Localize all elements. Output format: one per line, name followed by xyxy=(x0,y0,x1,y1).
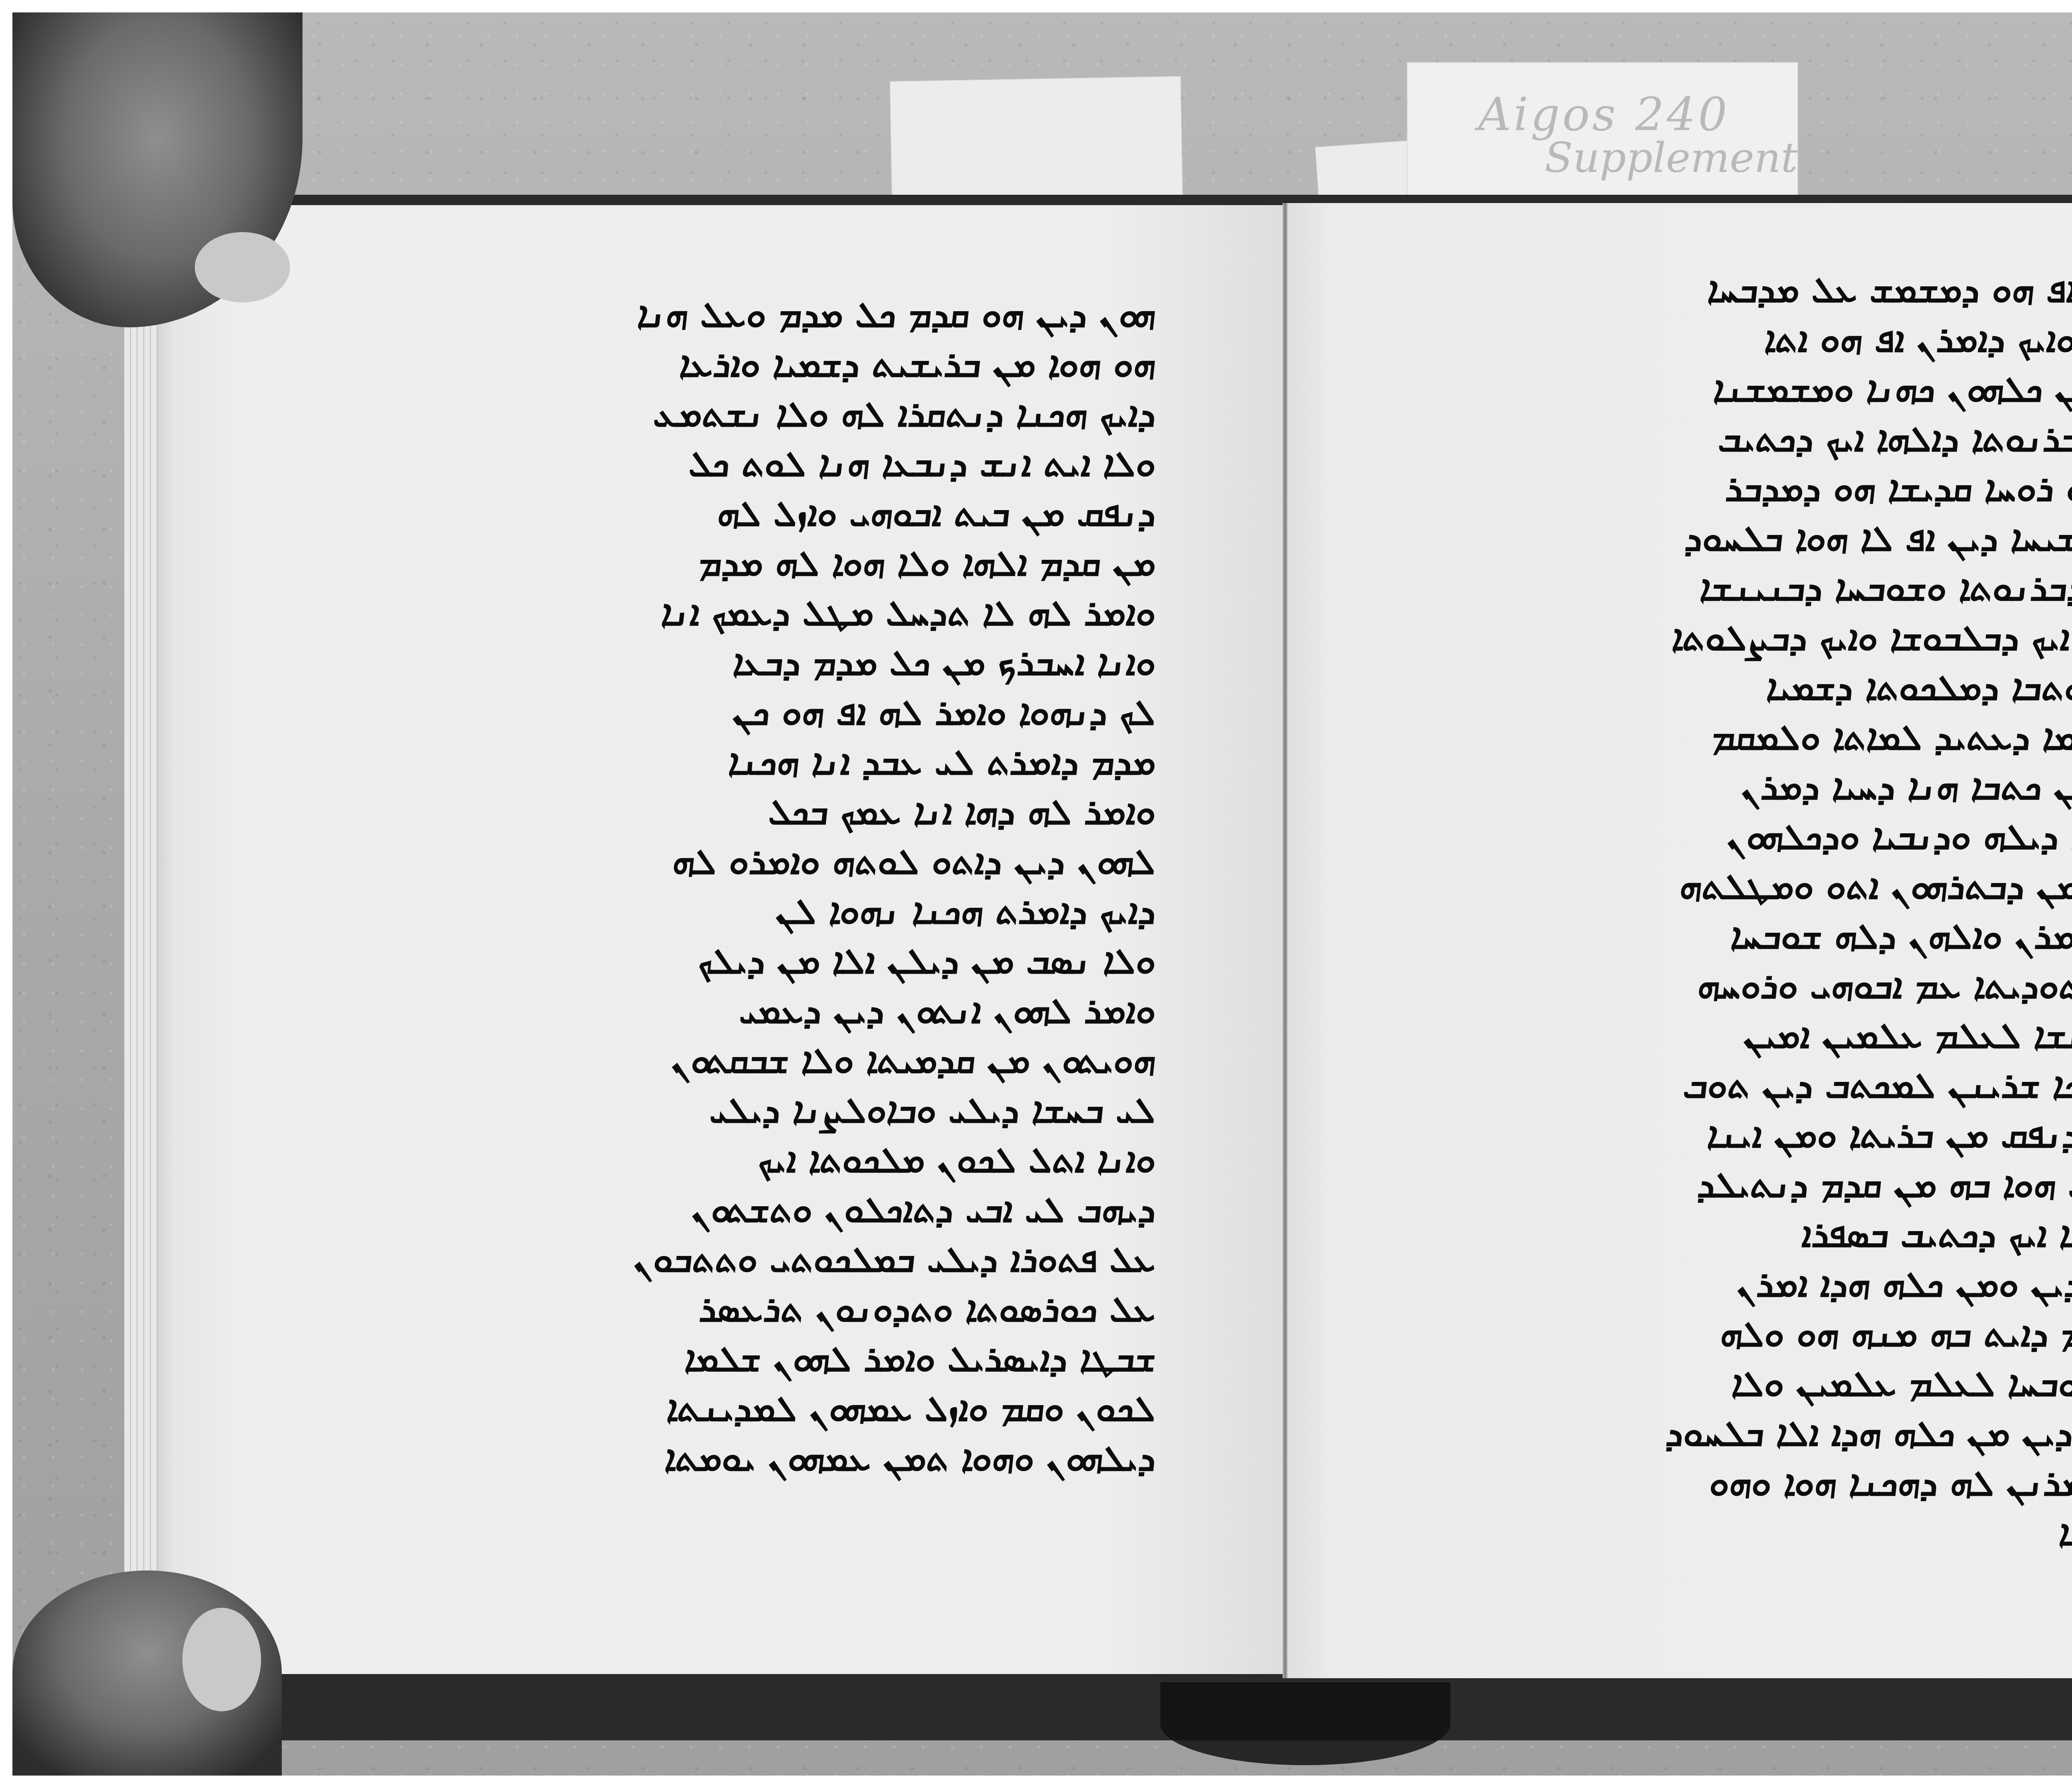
manuscript-line: ܠܗܘܢ ܕܝܢ ܕܐܬܘ ܠܘܬܗ ܘܐܡܪܘ ܠܗ xyxy=(337,837,1159,887)
manuscript-line: ܘܡܢ ܥܠܡܐ ܕܥܬܝܕ ܠܡܐܬܐ ܘܠܡܩܡ xyxy=(1382,713,2072,762)
manuscript-line: ܠܟ ܕܢܗܘܐ ܘܐܡܪ ܠܗ ܐܦ ܗܘ ܟܢ xyxy=(337,688,1159,738)
page-edges-left xyxy=(124,232,162,1653)
manuscript-line: ܠܗ ܕܝܢ ܐܦ ܗܘ ܕܡܫܡܫ ܥܠ ܡܕܒܚܐ xyxy=(1382,265,2072,315)
manuscript-line: ܗܘܝܬܘܢ ܡܢ ܩܕܡܝܬܐ ܘܠܐ ܫܒܩܬܘܢ xyxy=(337,1036,1159,1086)
right-page-text: ܠܗ ܕܝܢ ܐܦ ܗܘ ܕܡܫܡܫ ܥܠ ܡܕܒܚܐܕܩܘܕܫܐ ܘܐܝܟ ܕ… xyxy=(1384,265,2072,1558)
manuscript-line: ܘܐܢܐ ܐܚܒܪܟ ܡܢ ܟܠ ܡܕܡ ܕܒܥܐ xyxy=(337,638,1159,688)
manuscript-line: ܠܟܘܢ ܘܩܡ ܘܐܙܠ ܥܡܗܘܢ ܠܡܕܝܢܬܐ xyxy=(337,1384,1159,1434)
manuscript-line: ܕܩܕܡܝܐ ܕܢܦܩ ܡܢ ܒܪܝܬܐ ܘܡܢ ܐܝܢܐ xyxy=(1382,1111,2072,1160)
manuscript-line: ܩܕܝܫܐ ܘܡܢ ܕܒܬܪܗܘܢ ܐܬܘ ܘܡܛܠܬܗ xyxy=(1382,862,2072,912)
manuscript-line: ܗܘ ܗܘܐ ܡܢ ܒܪܝܫܝܬ ܕܫܡܝܐ ܘܐܪܥܐ xyxy=(337,340,1159,390)
manuscript-line: ܢܫܬܡܥ ܕܝܢ ܡܢ ܟܠܗ ܗܕܐ ܐܠܐ ܒܠܚܘܕ xyxy=(1382,1409,2072,1459)
manuscript-line: ܘܐܡܪ ܠܗ ܠܐ ܬܕܚܠ ܡܛܠ ܕܥܡܟ ܐܢܐ xyxy=(337,588,1159,638)
left-page-text: ܗܘܢ ܕܝܢ ܗܘ ܩܕܡ ܟܠ ܡܕܡ ܘܥܠ ܗܢܐܗܘ ܗܘܐ ܡܢ ܒ… xyxy=(340,290,1156,1483)
manuscript-line: ܕܟܠܗ ܕܝܢ ܟܬܒܐ ܗܢܐ ܕܚܝܐ ܕܡܪܢ xyxy=(1382,762,2072,812)
book-spine xyxy=(1160,1682,1450,1765)
shelfmark-label: Aigos 240 Supplement xyxy=(1407,62,1798,201)
manuscript-line: ܕܝܗܒ ܠܝ ܐܒܝ ܕܬܐܟܠܘܢ ܘܬܫܬܘܢ xyxy=(337,1185,1159,1235)
manuscript-line: ܕܐܝܟ ܕܐܡܪܬ ܗܟܢܐ ܢܗܘܐ ܠܢ xyxy=(337,887,1159,936)
thumbnail-top-left xyxy=(195,232,290,302)
shelfmark-line-2: Supplement xyxy=(1544,133,1798,182)
manuscript-line: ܕܝܠܗ ܡܕܒܪܢܘܬܐ ܘܫܘܒܚܐ ܕܒܢܝܢܫܐ xyxy=(1382,564,2072,613)
manuscript-line: ܕܐܡܝܢ ܫܘܒܚܐ ܠܥܠܡ ܥܠܡܝܢ ܘܠܐ xyxy=(1382,1359,2072,1409)
manuscript-line: ܕܩܘܕܫܐ ܘܐܝܟ ܕܐܡܪܢ ܐܦ ܗܘ ܐܬܐ xyxy=(1382,315,2072,365)
manuscript-line: ܡܕܡ ܕܐܡܪܬ ܠܝ ܥܒܕ ܐܢܐ ܗܟܢܐ xyxy=(337,738,1159,787)
manuscript-line: ܘܠܐ ܢܣܒ ܡܢ ܕܝܠܢ ܐܠܐ ܡܢ ܕܝܠܟ xyxy=(337,936,1159,986)
manuscript-line: ܘܐܡܪ ܠܗܘܢ ܐܢܬܘܢ ܕܝܢ ܕܥܡܝ xyxy=(337,986,1159,1036)
manuscript-line: ܘܠܐ ܐܝܬ ܐܢܫ ܕܢܒܥܐ ܗܢܐ ܠܘܬ ܟܠ xyxy=(337,439,1159,489)
manuscript-line: ܕܐܠܗܐ ܡܫܝܚܐ ܕܝܢ ܐܦ ܠܐ ܗܘܐ ܒܠܚܘܕ xyxy=(1382,514,2072,564)
manuscript-line: ܠܝ ܒܚܫܐ ܕܝܠܝ ܘܒܐܘܠܨܢܐ ܕܝܠܝ xyxy=(337,1086,1159,1135)
manuscript-line: ܕܟܠ ܡܕܡ ܕܐܝܬ ܒܗ ܡܢܗ ܗܘ ܘܠܗ xyxy=(1382,1309,2072,1359)
manuscript-line: ܥܠ ܦܬܘܪܐ ܕܝܠܝ ܒܡܠܟܘܬܝ ܘܬܬܒܘܢ xyxy=(337,1235,1159,1285)
thumbnail-bottom-left xyxy=(182,1608,261,1711)
manuscript-line: ܐܢܬ ܕܝܢ ܐܝܟ ܕܒܠܒܘܫܐ ܘܐܝܟ ܕܒܨܠܘܬܐ xyxy=(1382,613,2072,663)
manuscript-line: ܕܐܝܬܘܗܝ ܗܘܐ ܒܗ ܡܢ ܩܕܡ ܕܢܬܝܠܕ xyxy=(1382,1160,2072,1210)
manuscript-line: ܡܛܠ ܕܐܡܪܢܢ ܠܗ ܕܗܟܢܐ ܗܘܐ ܘܗܘ xyxy=(1382,1459,2072,1508)
shelfmark-line-1: Aigos 240 xyxy=(1478,88,1730,141)
manuscript-line: ܡܫܬܡܠܝܐ xyxy=(1382,1508,2072,1558)
manuscript-line: ܘܡܢ ܡܕܒܪܢܘܬܐ ܕܐܠܗܐ ܐܝܟ ܕܟܬܝܒ xyxy=(1382,414,2072,464)
manuscript-line: ܘܐܢܐ ܐܬܠ ܠܟܘܢ ܡܠܟܘܬܐ ܐܝܟ xyxy=(337,1135,1159,1185)
manuscript-line: ܘܡܢ ܗܪܟܐ ܫܪܝܢܢ ܠܡܟܬܒ ܕܝܢ ܬܘܒ xyxy=(1382,1061,2072,1111)
manuscript-line: ܥܠ ܟܘܪܣܘܬܐ ܘܬܕܘܢܘܢ ܬܪܥܣܪ xyxy=(337,1285,1159,1334)
manuscript-line: ܕܢܦܩ ܡܢ ܒܝܬ ܐܒܘܗܝ ܘܐܙܠ ܠܗ xyxy=(337,489,1159,539)
book-gutter xyxy=(1283,203,1288,1678)
manuscript-line: ܕܝܠܗ ܗܘ ܪܘܚܐ ܩܕܝܫܐ ܗܘ ܕܡܕܒܪ xyxy=(1382,464,2072,514)
manuscript-line: ܘܕܫܠܝܚܐ ܕܝܠܗ ܘܕܢܒܝܐ ܘܕܟܠܗܘܢ xyxy=(1382,812,2072,862)
manuscript-line: ܗܘܢ ܕܝܢ ܗܘ ܩܕܡ ܟܠ ܡܕܡ ܘܥܠ ܗܢܐ xyxy=(337,290,1159,340)
manuscript-line: ܡܢ ܩܕܡ ܐܠܗܐ ܘܠܐ ܗܘܐ ܠܗ ܡܕܡ xyxy=(337,539,1159,588)
manuscript-line: ܕܩܕܝܫܐ ܕܝܢ ܘܡܢ ܟܠܗ ܗܕܐ ܐܡܪܢ xyxy=(1382,1260,2072,1309)
manuscript-line: ܕܡܫܝܚܐ ܡܪܢ ܘܐܠܗܢ ܕܠܗ ܫܘܒܚܐ xyxy=(1382,912,2072,961)
manuscript-line: ܕܐܝܟ ܗܟܢܐ ܕܢܬܩܪܐ ܠܗ ܘܠܐ ܢܫܬܡܥ xyxy=(337,390,1159,439)
manuscript-line: ܘܒܝܬ ܡܘܬܒܐ ܕܡܠܟܘܬܐ ܕܫܡܝܐ xyxy=(1382,663,2072,713)
manuscript-line: ܕܝܠܗܘܢ ܘܗܘܐ ܬܡܢ ܥܡܗܘܢ ܝܘܡܬܐ xyxy=(337,1434,1159,1483)
manuscript-line: ܚܝܐ ܘܩܕܝܫܐ ܠܥܠܡ ܥܠܡܝܢ ܐܡܝܢ xyxy=(1382,1011,2072,1061)
manuscript-line: ܘܝܩܪܐ ܘܬܘܕܝܬܐ ܥܡ ܐܒܘܗܝ ܘܪܘܚܗ xyxy=(1382,961,2072,1011)
manuscript-line: ܘܐܡܪ ܠܗ ܕܗܐ ܐܢܐ ܥܡܟ ܒܟܠ xyxy=(337,787,1159,837)
manuscript-line: ܗܘܐ ܗܟܢܐ ܐܝܟ ܕܟܬܝܒ ܒܣܦܪܐ xyxy=(1382,1210,2072,1260)
manuscript-line: ܕܢܒܥܐ ܡܢ ܟܠܗܘܢ ܟܗܢܐ ܘܡܫܡܫܢܐ xyxy=(1382,365,2072,414)
manuscript-line: ܫܒܛܐ ܕܐܝܣܪܝܠ ܘܐܡܪ ܠܗܘܢ ܫܠܡܐ xyxy=(337,1334,1159,1384)
